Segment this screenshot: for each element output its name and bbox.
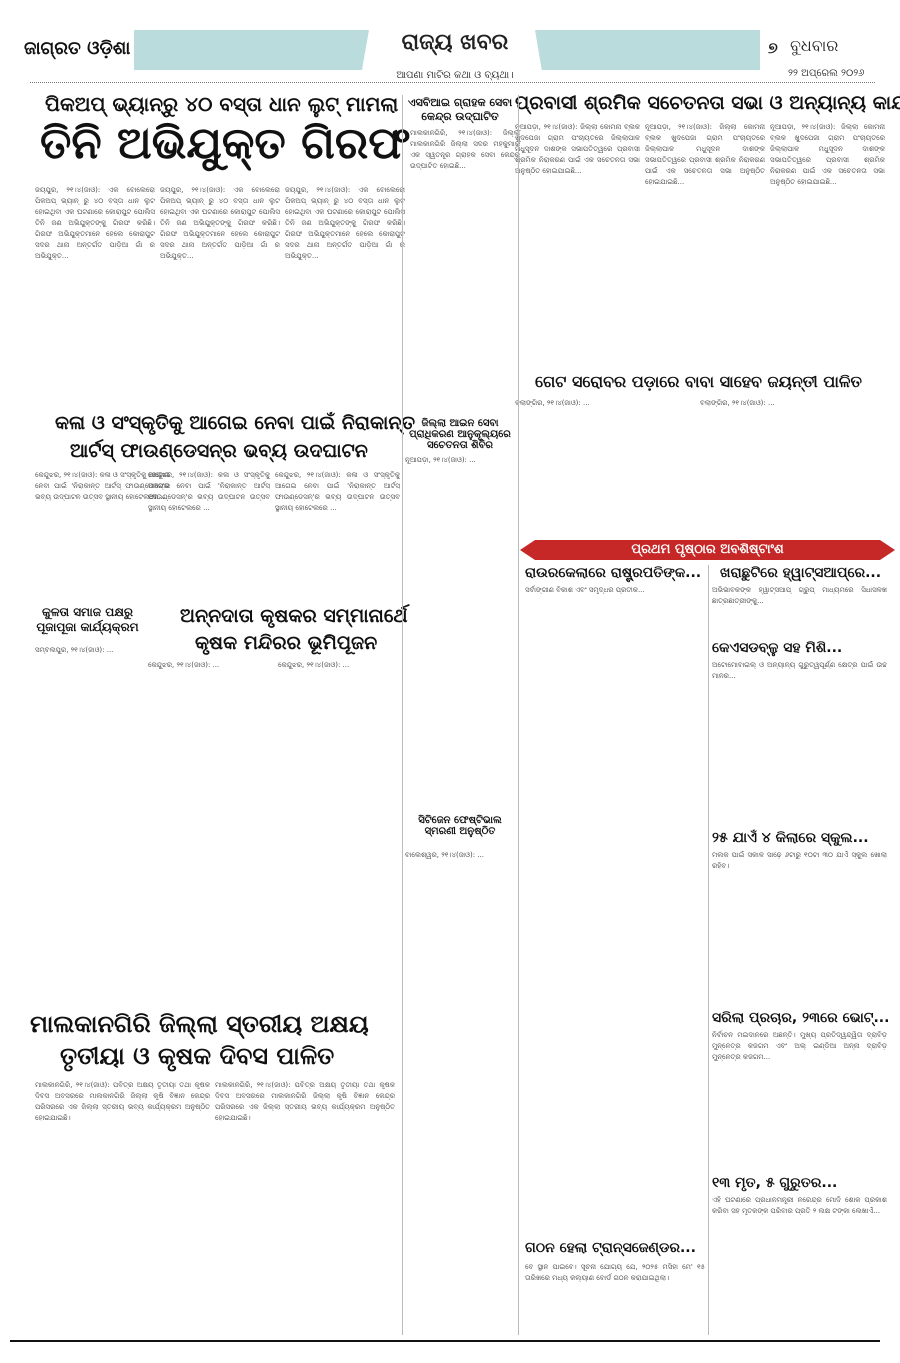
section-tagline: ଆପଣା ମାଟିର କଥା ଓ ବ୍ୟଥା। [370, 70, 540, 81]
article-body: କେନ୍ଦୁଝର, ୨୧।୪(ଜାଓ): କଳା ଓ ସଂସ୍କୃତିକୁ ଆଗ… [275, 470, 400, 600]
column-rule [518, 95, 519, 1335]
continued-headline: ରାଉରକେଲାରେ ରାଷ୍ଟ୍ରପତିଙ୍କ... [525, 565, 701, 581]
article-body: ନୂଆପଡ଼ା, ୨୧।୪(ଜାଓ): ଜିଲ୍ଲା କୋମନା ବ୍ଲକ ଖୁ… [645, 122, 765, 382]
masthead: ଜାଗ୍ରତ ଓଡ଼ିଶା ରାଜ୍ୟ ଖବର ଆପଣା ମାଟିର କଥା ଓ… [0, 0, 900, 60]
article-body: ନୂଆପଡ଼ା, ୨୧।୪(ଜାଓ): ଜିଲ୍ଲା କୋମନା ବ୍ଲକ ଖୁ… [770, 122, 885, 382]
article-headline: କଳା ଓ ସଂସ୍କୃତିକୁ ଆଗେଇ ନେବା ପାଇଁ ନିରାକାନ୍… [55, 412, 415, 434]
continued-headline: ୨୫ ଯାଏଁ ୪ କିଲାରେ ସ୍କୁଲ... [712, 830, 869, 846]
article-headline: ପ୍ରବାସୀ ଶ୍ରମିକ ସଚେତନତା ସଭା ଓ ଅନ୍ୟାନ୍ୟ କା… [515, 92, 900, 114]
article-body: ବଲାଙ୍ଗିର, ୨୧।୪(ଜାଓ): ... [515, 398, 695, 538]
article-headline: ଆର୍ଟସ୍ ଫାଉଣ୍ଡେସନ୍‌ର ଭବ୍ୟ ଉଦଘାଟନ [70, 440, 368, 462]
article-body: କେନ୍ଦୁଝର, ୨୧।୪(ଜାଓ): ... [278, 660, 400, 1060]
continued-body: ସର୍ବାଙ୍ଗୀଣ ବିକାଶ ଏବଂ ସମୃଦ୍ଧର ପ୍ରତୀକ... [525, 585, 705, 1230]
continued-headline: ସରିଲା ପ୍ରଚାର, ୨୩ରେ ଭୋଟ୍... [712, 1010, 889, 1026]
continued-headline: ୧୩ ମୃତ, ୫ ଗୁରୁତର... [712, 1175, 837, 1191]
article-body: ବଲାଙ୍ଗିର, ୨୧।୪(ଜାଓ): ... [700, 398, 885, 538]
continued-body: ମଲକ ପାଇଁ ସକାଳ ସାଢ଼େ ୬ଟାରୁ ୧୦ଟା ୩୦ ଯାଏଁ ସ… [712, 850, 887, 1005]
article-headline: କୃଷକ ମନ୍ଦିରର ଭୂମିପୂଜନ [195, 632, 377, 654]
article-headline: ଅନ୍ନଦାତା କୃଷକର ସମ୍ମାନାର୍ଥେ [180, 605, 408, 627]
article-kicker: ପିକଅପ୍ ଭ୍ୟାନ୍‌ରୁ ୪୦ ବସ୍ତା ଧାନ ଲୁଟ୍ ମାମଲା [45, 92, 398, 116]
section-title: ରାଜ୍ୟ ଖବର [375, 30, 535, 55]
article-body: ଜୟପୁର, ୨୧।୪(ଜାଓ): ଏକ ବୋଲେରୋ ପିକଅପ୍ ଭ୍ୟାନ… [160, 185, 280, 410]
issue-date: ୨୨ ଅପ୍ରେଲ ୨୦୨୬ [788, 68, 864, 79]
column-rule [402, 95, 403, 1335]
article-headline: ତୃତୀୟା ଓ କୃଷକ ଦିବସ ପାଳିତ [60, 1042, 334, 1070]
continued-body: ବେ ସ୍ଥାନ ପାଇବେ। ସୂଚନା ଯୋଗ୍ୟ ଯେ, ୨୦୨୫ ମସି… [525, 1262, 705, 1332]
header-divider [30, 82, 875, 83]
page-bottom-rule [10, 1340, 880, 1342]
continued-headline: କେଏସଡବ୍ଳୁ ସହ ମିଶି... [712, 640, 842, 656]
article-headline: କୁଳତା ସମାଜ ପକ୍ଷରୁ ପୂଜାପୂଜା କାର୍ଯ୍ୟକ୍ରମ [35, 605, 140, 635]
article-body: ମାଲକାନଗିରି, ୨୧।୪(ଜାଓ): ପବିତ୍ର ଅକ୍ଷୟ ତୃତୀ… [35, 1080, 210, 1335]
continued-body: ଅଟୋମୋବାଇଲ୍ ଓ ଅନ୍ୟାନ୍ୟ ଗୁରୁତ୍ୱପୂର୍ଣ୍ଣ କ୍ଷ… [712, 660, 887, 825]
continued-banner: ପ୍ରଥମ ପୃଷ୍ଠାର ଅବଶିଷ୍ଟାଂଶ [520, 540, 895, 560]
page-number: ୭ [768, 38, 778, 58]
article-headline: ଜିଲ୍ଲା ଆଇନ ସେବା ପ୍ରାଧିକରଣ ଆନୁକୂଲ୍ୟରେ ସଚେ… [405, 418, 515, 451]
article-body: ବାଲେଶ୍ୱର, ୨୧।୪(ଜାଓ): ... [405, 850, 515, 1330]
article-body: ଜୟପୁର, ୨୧।୪(ଜାଓ): ଏକ ବୋଲେରୋ ପିକଅପ୍ ଭ୍ୟାନ… [285, 185, 405, 410]
weekday: ବୁଧବାର [790, 36, 838, 56]
continued-body: ଏହି ଘଟଣାରେ ପ୍ରଧାନମନ୍ତ୍ରୀ ନରେନ୍ଦ୍ର ମୋଦି ଶ… [712, 1195, 887, 1330]
article-body: ମାଲକାନଗିରି, ୨୧।୪(ଜାଓ): ପବିତ୍ର ଅକ୍ଷୟ ତୃତୀ… [215, 1080, 395, 1335]
continued-body: ନିର୍ବାଚନ ମଇଦାନରେ ଅଛନ୍ତି। ମୁଖ୍ୟ ପ୍ରତିଦ୍ୱନ… [712, 1030, 887, 1170]
article-headline: ସିଟିଜେନ ଫେଷ୍ଟିଭାଲ ସ୍ମରଣୀ ଅନୁଷ୍ଠିତ [405, 815, 515, 837]
article-headline: ମାଲକାନଗିରି ଜିଲ୍ଲା ସ୍ତରୀୟ ଅକ୍ଷୟ [30, 1010, 369, 1038]
continued-headline: ଗଠନ ହେଲା ଟ୍ରାନ୍ସଜେଣ୍ଡର... [525, 1240, 696, 1256]
article-body: ସମ୍ବଲପୁର, ୨୧।୪(ଜାଓ): ... [35, 645, 140, 1070]
newspaper-brand: ଜାଗ୍ରତ ଓଡ଼ିଶା [24, 38, 130, 59]
continued-body: ଅଭିଭାବକଙ୍କ ହ୍ୱାଟ୍ସଆପ୍ ଗ୍ରୁପ୍ ମାଧ୍ୟମରେ ସି… [712, 585, 887, 635]
column-rule [708, 565, 709, 1335]
header-band-right [535, 30, 760, 70]
article-headline: ତିନି ଅଭିଯୁକ୍ତ ଗିରଫ [40, 118, 411, 169]
article-body: ନୂଆପଡ଼ା, ୨୧।୪(ଜାଓ): ଜିଲ୍ଲା କୋମନା ବ୍ଲକ ଖୁ… [515, 122, 640, 382]
article-body: କେନ୍ଦୁଝର, ୨୧।୪(ଜାଓ): କଳା ଓ ସଂସ୍କୃତିକୁ ଆଗ… [148, 470, 270, 600]
continued-headline: ଖରାଛୁଟିରେ ହ୍ୱାଟ୍ସଆପ୍‌ରେ... [720, 565, 881, 581]
article-body: କେନ୍ଦୁଝର, ୨୧।୪(ଜାଓ): ... [148, 660, 273, 1060]
header-band-left [134, 30, 369, 70]
article-headline: ଗେଟ ସରୋବର ପଡ଼ାରେ ବାବା ସାହେବ ଜୟନ୍ତୀ ପାଳିତ [535, 372, 862, 392]
article-body: ଜୟପୁର, ୨୧।୪(ଜାଓ): ଏକ ବୋଲେରୋ ପିକଅପ୍ ଭ୍ୟାନ… [35, 185, 155, 410]
article-headline: ଏସବିଆଇ ଗ୍ରାହକ ସେବା କେନ୍ଦ୍ର ଉଦ୍‌ଘାଟିତ [405, 96, 515, 124]
article-body: ମାଲକାନଗିରି, ୨୧।୪(ଜାଓ): ଜିଲ୍ଲା ମାଲକାନଗିରି… [410, 128, 520, 408]
article-body: ନୂଆପଡ଼ା, ୨୧।୪(ଜାଓ): ... [405, 455, 515, 810]
